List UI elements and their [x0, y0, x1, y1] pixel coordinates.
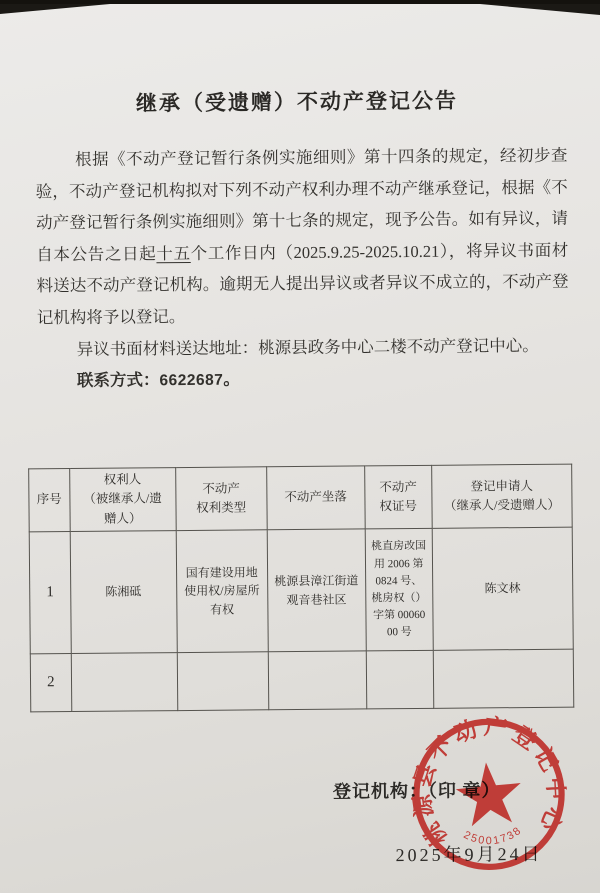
- registration-table: 序号 权利人 （被继承人/遗 赠人） 不动产 权利类型 不动产坐落 不动产 权证…: [28, 464, 574, 713]
- cell-serial-number: 1: [29, 532, 71, 654]
- announcement-content: 继承（受遗赠）不动产登记公告 根据《不动产登记暂行条例实施细则》第十四条的规定，…: [0, 1, 600, 893]
- cell-property-location: 桃源县漳江街道观音巷社区: [267, 529, 366, 652]
- cell-certificate-number: [366, 650, 434, 709]
- header-property-location: 不动产坐落: [266, 466, 364, 530]
- page-title: 继承（受遗赠）不动产登记公告: [0, 83, 597, 118]
- para1-underlined-duration: 十五: [156, 244, 190, 263]
- paragraph-contact: 联系方式：6622687。: [37, 361, 569, 398]
- stamp-star-icon: [454, 759, 525, 827]
- header-applicant: 登记申请人 （继承人/受遗赠人）: [432, 464, 573, 528]
- document-paper: 继承（受遗赠）不动产登记公告 根据《不动产登记暂行条例实施细则》第十四条的规定，…: [0, 4, 600, 893]
- paragraph-legal-basis: 根据《不动产登记暂行条例实施细则》第十四条的规定，经初步查验，不动产登记机构拟对…: [35, 140, 569, 334]
- contact-phone-number: 6622687: [159, 372, 223, 390]
- cell-rights-holder: 陈湘砥: [70, 531, 177, 654]
- contact-label: 联系方式：: [77, 370, 160, 390]
- cell-right-type: [177, 652, 269, 711]
- table-header-row: 序号 权利人 （被继承人/遗 赠人） 不动产 权利类型 不动产坐落 不动产 权证…: [29, 464, 573, 532]
- cell-applicant: [433, 649, 574, 708]
- cell-right-type: 国有建设用地使用权/房屋所有权: [176, 530, 268, 653]
- official-seal-stamp: 桃源县不动产登记中心 7250017382: [404, 709, 574, 879]
- announcement-body: 根据《不动产登记暂行条例实施细则》第十四条的规定，经初步查验，不动产登记机构拟对…: [35, 140, 569, 398]
- header-right-type: 不动产 权利类型: [175, 467, 267, 531]
- table-row: 1 陈湘砥 国有建设用地使用权/房屋所有权 桃源县漳江街道观音巷社区 桃直房改国…: [29, 527, 573, 654]
- cell-rights-holder: [71, 653, 177, 712]
- header-certificate-number: 不动产 权证号: [364, 465, 432, 529]
- header-serial-number: 序号: [29, 469, 70, 532]
- cell-certificate-number: 桃直房改国用 2006 第 0824 号、桃房权（）字第 0006000 号: [365, 528, 433, 651]
- paragraph-delivery-address: 异议书面材料送达地址：桃源县政务中心二楼不动产登记中心。: [37, 329, 569, 365]
- contact-suffix: 。: [223, 370, 240, 389]
- stamp-graphic: 桃源县不动产登记中心 7250017382: [404, 709, 574, 879]
- header-rights-holder: 权利人 （被继承人/遗 赠人）: [69, 468, 175, 532]
- cell-applicant: 陈文林: [432, 527, 573, 650]
- table-row: 2: [30, 649, 573, 712]
- cell-property-location: [268, 651, 366, 710]
- cell-serial-number: 2: [30, 654, 71, 712]
